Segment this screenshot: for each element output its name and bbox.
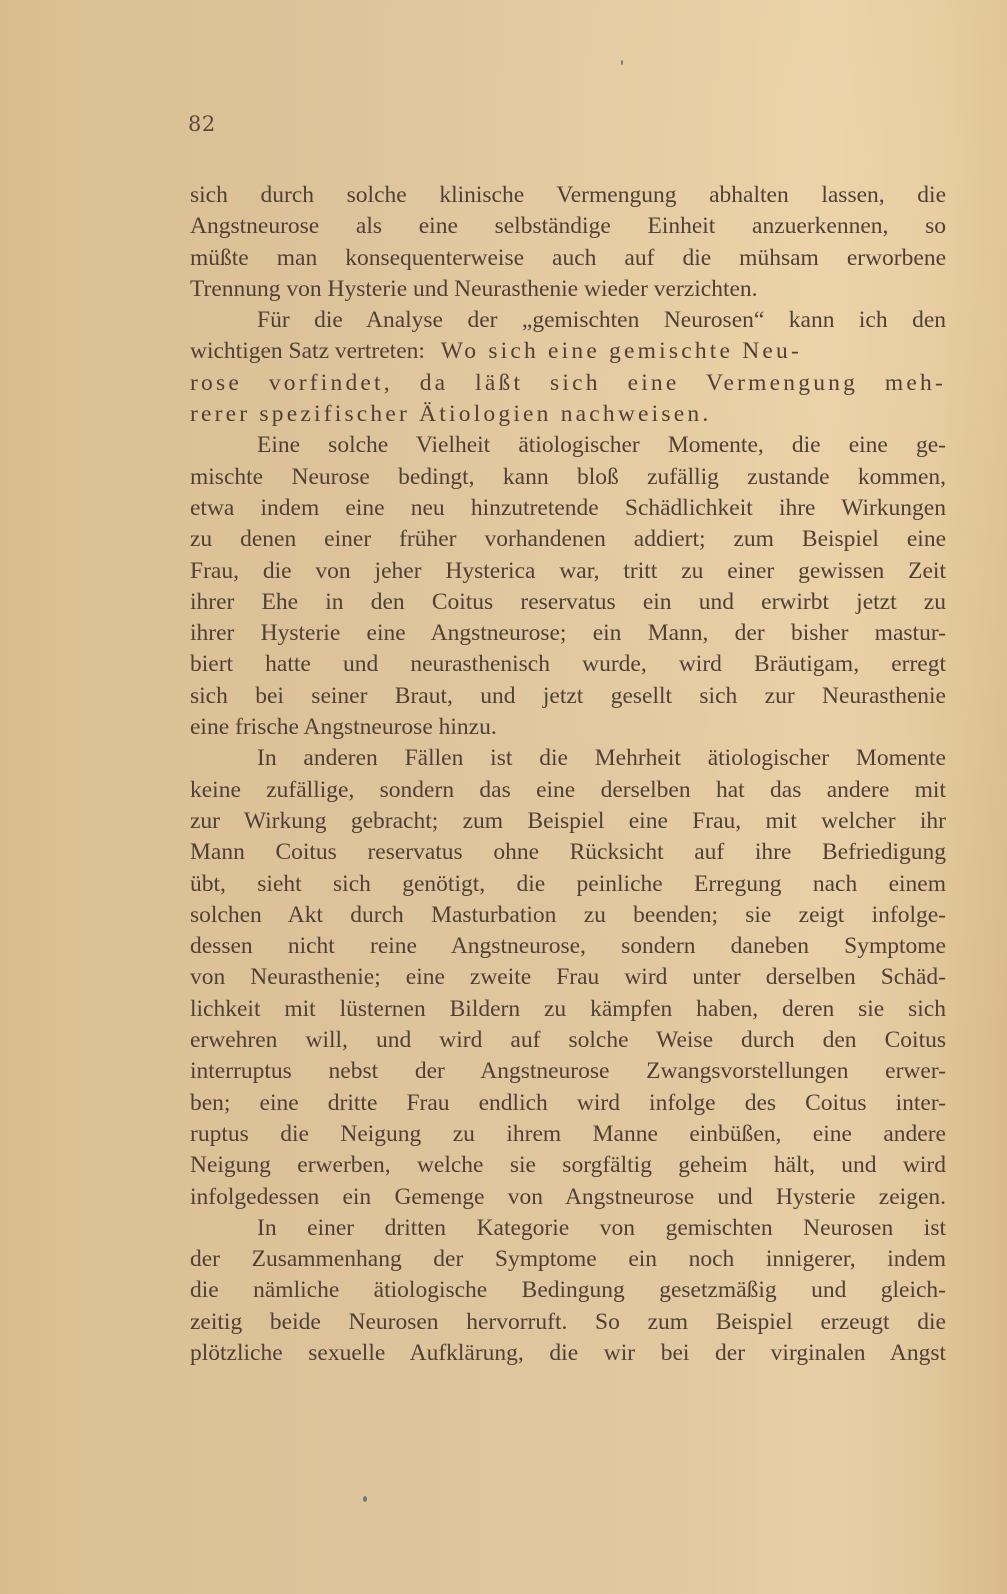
text-line: zeitig beide Neurosen hervorruft. So zum…: [190, 1307, 946, 1338]
body-text: sich durch solche klinische Vermengung a…: [190, 180, 946, 1369]
paragraph-5: In einer dritten Kategorie von gemischte…: [190, 1213, 946, 1369]
text-line: biert hatte und neurasthenisch wurde, wi…: [190, 649, 946, 680]
paragraph-4: In anderen Fällen ist die Mehrheit ätiol…: [190, 743, 946, 1212]
paragraph-2: Für die Analyse der „gemischten Neurosen…: [190, 305, 946, 430]
text-line: In anderen Fällen ist die Mehrheit ätiol…: [190, 743, 946, 774]
paragraph-3: Eine solche Vielheit ätiologischer Momen…: [190, 430, 946, 743]
text-line: Neigung erwerben, welche sie sorgfältig …: [190, 1150, 946, 1181]
text-line: Frau, die von jeher Hysterica war, tritt…: [190, 556, 946, 587]
text-line: sich durch solche klinische Vermengung a…: [190, 180, 946, 211]
text-line: dessen nicht reine Angstneurose, sondern…: [190, 931, 946, 962]
text-line: müßte man konsequenterweise auch auf die…: [190, 243, 946, 274]
text-line: ruptus die Neigung zu ihrem Manne einbüß…: [190, 1119, 946, 1150]
text-line: lichkeit mit lüsternen Bildern zu kämpfe…: [190, 994, 946, 1025]
text-line: sich bei seiner Braut, und jetzt gesellt…: [190, 681, 946, 712]
text-line: zu denen einer früher vorhandenen addier…: [190, 524, 946, 555]
text-line: erwehren will, und wird auf solche Weise…: [190, 1025, 946, 1056]
text-line: Trennung von Hysterie und Neurasthenie w…: [190, 274, 946, 305]
text-line: In einer dritten Kategorie von gemischte…: [190, 1213, 946, 1244]
emphasized-text: Wo sich eine gemischte Neu-: [441, 338, 802, 364]
emphasized-line: rerer spezifischer Ätiologien nachweisen…: [190, 399, 946, 430]
text-line: von Neurasthenie; eine zweite Frau wird …: [190, 962, 946, 993]
text-line: infolgedessen ein Gemenge von Angstneuro…: [190, 1182, 946, 1213]
text-segment: wichtigen Satz vertreten:: [190, 338, 425, 364]
text-line: ihrer Hysterie eine Angstneurose; ein Ma…: [190, 618, 946, 649]
paper-speck: [363, 1496, 367, 1502]
paragraph-1: sich durch solche klinische Vermengung a…: [190, 180, 946, 305]
text-line: die nämliche ätiologische Bedingung gese…: [190, 1275, 946, 1306]
text-line: mischte Neurose bedingt, kann bloß zufäl…: [190, 462, 946, 493]
text-line: interruptus nebst der Angstneurose Zwang…: [190, 1056, 946, 1087]
emphasized-line: rose vorfindet, da läßt sich eine Vermen…: [190, 368, 946, 399]
text-line: ihrer Ehe in den Coitus reservatus ein u…: [190, 587, 946, 618]
text-line: übt, sieht sich genötigt, die peinliche …: [190, 869, 946, 900]
page-number: 82: [188, 112, 216, 136]
text-line: ben; eine dritte Frau endlich wird infol…: [190, 1088, 946, 1119]
book-page: 82 sich durch solche klinische Vermengun…: [0, 0, 1007, 1594]
paper-speck: [621, 60, 623, 65]
text-line: etwa indem eine neu hinzutretende Schädl…: [190, 493, 946, 524]
text-line: zur Wirkung gebracht; zum Beispiel eine …: [190, 806, 946, 837]
text-line: keine zufällige, sondern das eine dersel…: [190, 775, 946, 806]
text-line: plötzliche sexuelle Aufklärung, die wir …: [190, 1338, 946, 1369]
text-line: Mann Coitus reservatus ohne Rücksicht au…: [190, 837, 946, 868]
text-line: eine frische Angstneurose hinzu.: [190, 712, 946, 743]
text-line: Für die Analyse der „gemischten Neurosen…: [190, 305, 946, 336]
text-line: der Zusammenhang der Symptome ein noch i…: [190, 1244, 946, 1275]
text-line: wichtigen Satz vertreten: Wo sich eine g…: [190, 336, 946, 367]
text-line: Angstneurose als eine selbständige Einhe…: [190, 211, 946, 242]
text-line: solchen Akt durch Masturbation zu beende…: [190, 900, 946, 931]
text-line: Eine solche Vielheit ätiologischer Momen…: [190, 430, 946, 461]
